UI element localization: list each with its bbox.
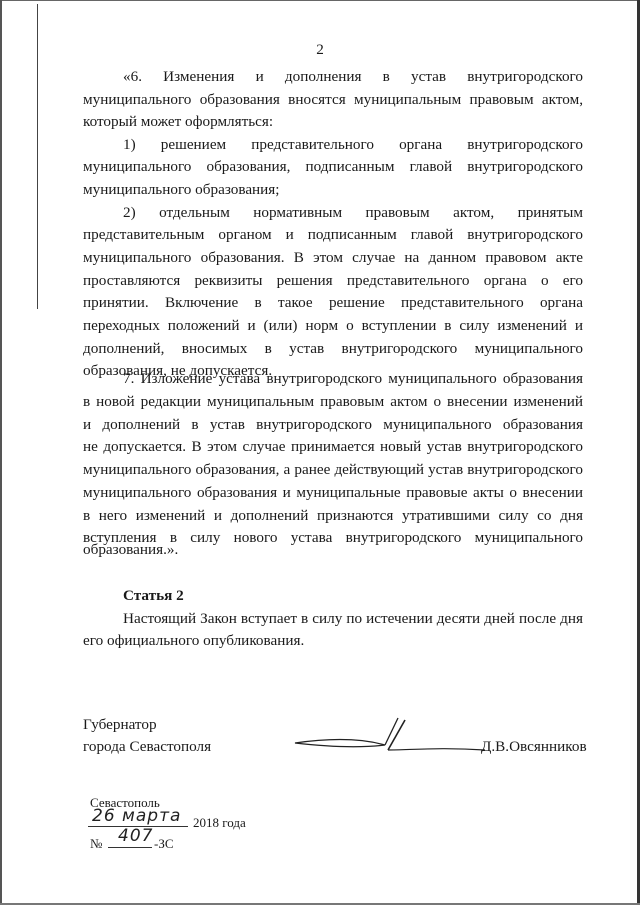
paragraph-7-line: муниципального образования, а ранее дейс… bbox=[83, 461, 583, 479]
page-number: 2 bbox=[0, 41, 640, 59]
scan-border-left bbox=[0, 0, 2, 905]
item-2-line: принятии. Включение в такое решение пред… bbox=[83, 294, 583, 312]
item-2-line: дополнений, вносимых в устав внутригород… bbox=[83, 340, 583, 358]
paragraph-7-line: в новой редакции муниципальным правовым … bbox=[83, 393, 583, 411]
paragraph-7-line: 7. Изложение устава внутригородского мун… bbox=[123, 370, 583, 388]
paragraph-6-line: «6. Изменения и дополнения в устав внутр… bbox=[123, 68, 583, 86]
item-2-line: 2) отдельным нормативным правовым актом,… bbox=[123, 204, 583, 222]
item-2-line: муниципального образования. В этом случа… bbox=[83, 249, 583, 267]
article-2-heading: Статья 2 bbox=[123, 587, 184, 605]
paragraph-7-line: образования.». bbox=[83, 541, 583, 559]
handwritten-signature-icon bbox=[290, 700, 490, 760]
item-1-line: муниципального образования, подписанным … bbox=[83, 158, 583, 176]
document-page: 2 «6. Изменения и дополнения в устав вну… bbox=[0, 0, 640, 905]
paragraph-7-line: не допускается. В этом случае принимаетс… bbox=[83, 438, 583, 456]
paragraph-7-line: и дополнений в устав внутригородского му… bbox=[83, 416, 583, 434]
number-underline bbox=[108, 847, 152, 848]
signatory-title-line-2: города Севастополя bbox=[83, 738, 211, 756]
footer-number-prefix: № bbox=[90, 836, 102, 852]
paragraph-7-line: муниципального образования и муниципальн… bbox=[83, 484, 583, 502]
paragraph-6-line: который может оформляться: bbox=[83, 113, 583, 131]
paragraph-6-line: муниципального образования вносятся муни… bbox=[83, 91, 583, 109]
signatory-name: Д.В.Овсянников bbox=[481, 738, 587, 756]
footer-number-suffix: -ЗС bbox=[154, 836, 174, 852]
item-2-line: проставляются реквизиты решения представ… bbox=[83, 272, 583, 290]
item-2-line: представительным органом и подписанным г… bbox=[83, 226, 583, 244]
article-2-line: его официального опубликования. bbox=[83, 632, 583, 650]
footer-year: 2018 года bbox=[193, 815, 246, 831]
paragraph-7-line: в него изменений и дополнений признаются… bbox=[83, 507, 583, 525]
item-1-line: 1) решением представительного органа вну… bbox=[123, 136, 583, 154]
item-1-line: муниципального образования; bbox=[83, 181, 583, 199]
article-2-line: Настоящий Закон вступает в силу по истеч… bbox=[123, 610, 583, 628]
footer-number-handwritten: 407 bbox=[118, 826, 153, 846]
item-2-line: переходных положений и (или) норм о всту… bbox=[83, 317, 583, 335]
scan-border-top bbox=[0, 0, 640, 1]
signatory-title-line-1: Губернатор bbox=[83, 716, 157, 734]
footer-date-handwritten: 26 марта bbox=[92, 806, 181, 826]
